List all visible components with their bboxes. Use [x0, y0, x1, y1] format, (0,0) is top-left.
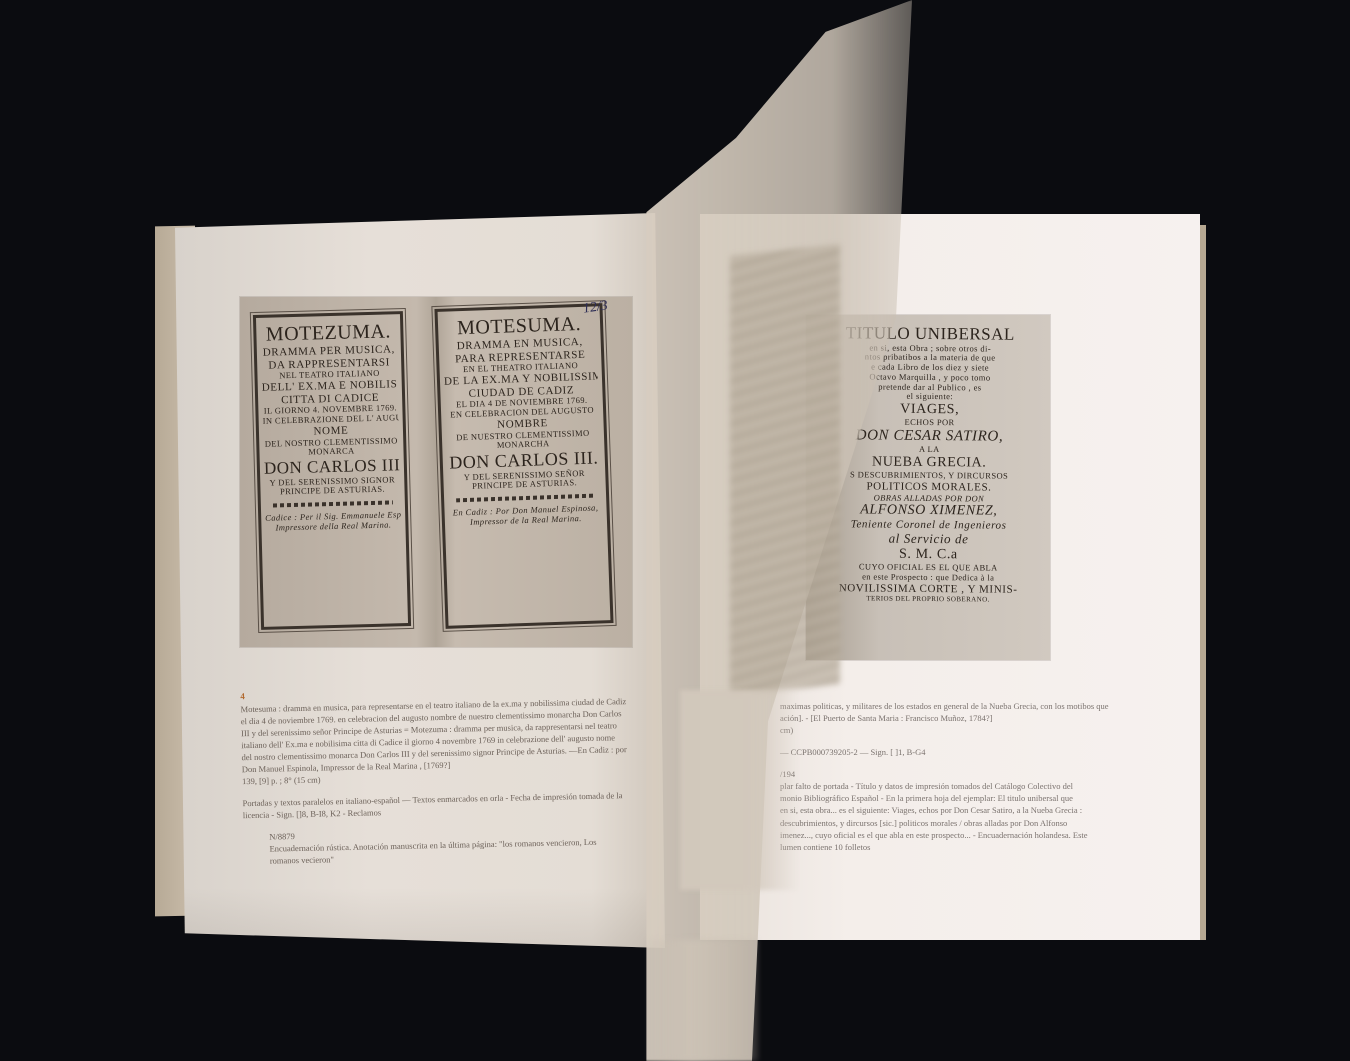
caption-line: imenez..., cuyo oficial es el que abla e…: [780, 829, 1140, 841]
caption-line: en si, esta obra... es el siguiente: Via…: [780, 804, 1140, 816]
spanish-title-page: MOTESUMA. DRAMMA EN MUSICA, PARA REPRESE…: [434, 303, 613, 629]
copy-id: /194: [780, 768, 1140, 780]
right-caption: maximas politicas, y militares de los es…: [780, 700, 1140, 853]
notes: — CCPB000739205-2 — Sign. [ ]1, B-G4: [780, 746, 1140, 758]
caption-line: lumen contiene 10 folletos: [780, 841, 1140, 853]
ornamental-rule: [273, 501, 393, 508]
caption-line: maximas politicas, y militares de los es…: [780, 700, 1140, 712]
italian-title-page: MOTEZUMA. DRAMMA PER MUSICA, DA RAPPRESE…: [253, 311, 411, 630]
book-photo-scene: MOTEZUMA. DRAMMA PER MUSICA, DA RAPPRESE…: [0, 0, 1350, 1061]
caption-line: ación]. - [El Puerto de Santa Maria : Fr…: [780, 712, 1140, 724]
title-line: TERIOS DEL PROPRIO SOBERANO.: [815, 594, 1041, 604]
ornamental-rule: [456, 494, 594, 503]
notes: Portadas y textos paralelos en italiano-…: [242, 789, 642, 821]
handwritten-shelfmark: 12/3: [582, 298, 609, 317]
description: Motesuma : dramma en musica, para repres…: [240, 695, 642, 788]
left-caption: 4 Motesuma : dramma en musica, para repr…: [240, 682, 644, 868]
caption-line: monio Bibliográfico Español - En la prim…: [780, 792, 1140, 804]
flipping-page-photo-blur: [730, 244, 840, 696]
title-line: ALFONSO XIMENEZ,: [816, 502, 1042, 520]
flipping-page-caption-blur: [680, 690, 800, 890]
description: maximas politicas, y militares de los es…: [780, 700, 1140, 736]
title-line: NOVILISSIMA CORTE , Y MINIS-: [815, 582, 1041, 597]
flipping-page-bottom: [648, 940, 758, 1061]
caption-line: cm): [780, 724, 1140, 736]
caption-line: descubrimientos, y dircursos [sic.] poli…: [780, 817, 1140, 829]
caption-line: — CCPB000739205-2 — Sign. [ ]1, B-G4: [780, 746, 1140, 758]
caption-line: plar falto de portada - Título y datos d…: [780, 780, 1140, 792]
title-line: S. M. C.a: [815, 546, 1041, 564]
